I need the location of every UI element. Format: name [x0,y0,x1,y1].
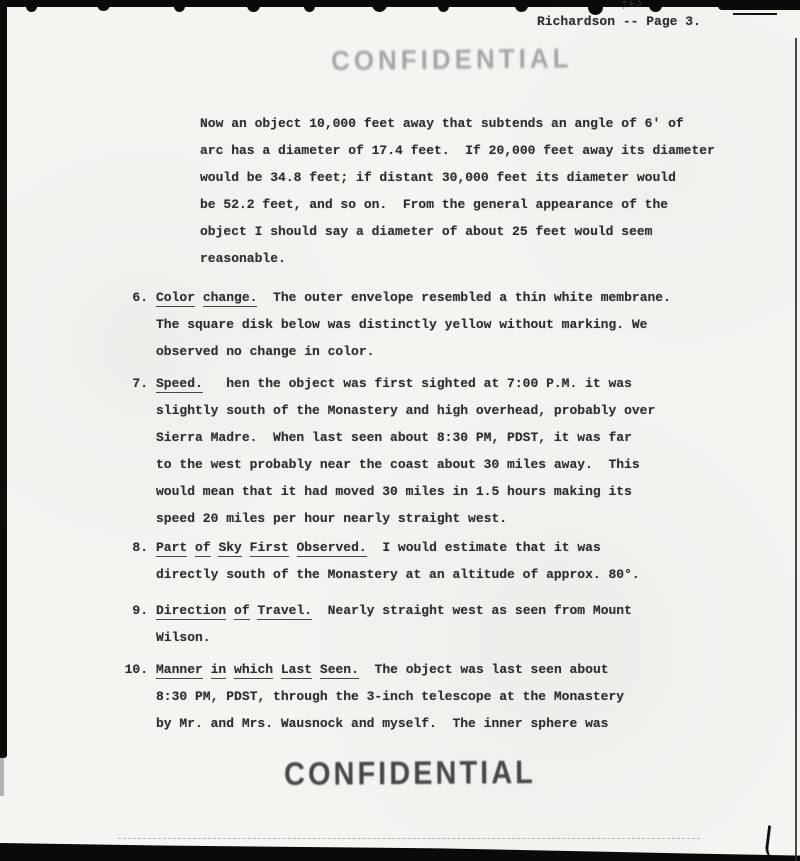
intro-paragraph: Now an object 10,000 feet away that subt… [200,110,715,272]
underlined-heading-word: Sky [218,540,241,557]
item-number: 7. [118,370,148,532]
list-item-6: 6.Color change. The outer envelope resem… [118,284,671,365]
underlined-heading-word: which [234,662,273,679]
text-line: to the west probably near the coast abou… [156,451,655,478]
text-line: Color change. The outer envelope resembl… [156,284,671,311]
scan-edge-right [795,38,797,861]
item-text: Direction of Travel. Nearly straight wes… [156,597,632,651]
item-text: Speed. hen the object was first sighted … [156,370,655,532]
text-line: directly south of the Monastery at an al… [156,561,640,588]
underlined-heading-word: change. [203,290,258,307]
list-item-10: 10.Manner in which Last Seen. The object… [118,656,624,737]
text-line: Now an object 10,000 feet away that subt… [200,110,715,137]
list-item-8: 8.Part of Sky First Observed. I would es… [118,534,640,588]
text-line: Sierra Madre. When last seen about 8:30 … [156,424,655,451]
item-number: 9. [118,597,148,651]
underlined-heading-word: of [195,540,211,557]
margin-dash-line [733,13,777,15]
item-text: Part of Sky First Observed. I would esti… [156,534,640,588]
text-line: observed no change in color. [156,338,671,365]
list-item-7: 7.Speed. hen the object was first sighte… [118,370,655,532]
item-number: 6. [118,284,148,365]
confidential-stamp-top: CONFIDENTIAL [331,41,573,77]
text-line: be 52.2 feet, and so on. From the genera… [200,191,715,218]
text-line: Manner in which Last Seen. The object wa… [156,656,624,683]
underlined-heading-word: Color [156,290,195,307]
list-item-9: 9.Direction of Travel. Nearly straight w… [118,597,632,651]
text-line: reasonable. [200,245,715,272]
text-line: object I should say a diameter of about … [200,218,715,245]
text-line: arc has a diameter of 17.4 feet. If 20,0… [200,137,715,164]
underlined-heading-word: Seen. [320,662,359,679]
text-line: The square disk below was distinctly yel… [156,311,671,338]
underlined-heading-word: Speed. [156,376,203,393]
item-text: Manner in which Last Seen. The object wa… [156,656,624,737]
underlined-heading-word: Direction [156,603,226,620]
underlined-heading-word: Manner [156,662,203,679]
text-line: Direction of Travel. Nearly straight wes… [156,597,632,624]
item-number: 10. [118,656,148,737]
text-line: slightly south of the Monastery and high… [156,397,655,424]
scan-edge-top [0,0,800,7]
underlined-heading-word: Part [156,540,187,557]
text-line: Speed. hen the object was first sighted … [156,370,655,397]
faint-dotted-line [118,838,700,839]
underlined-heading-word: Travel. [257,603,312,620]
text-line: would mean that it had moved 30 miles in… [156,478,655,505]
scan-edge-top-right [718,0,800,10]
text-line: 8:30 PM, PDST, through the 3-inch telesc… [156,683,624,710]
page-header: Richardson -- Page 3. [537,8,701,35]
underlined-heading-word: First [250,540,289,557]
text-line: Part of Sky First Observed. I would esti… [156,534,640,561]
scan-edge-bottom [0,843,800,861]
scan-edge-left [0,0,7,758]
text-line: Wilson. [156,624,632,651]
underlined-heading-word: in [211,662,227,679]
scan-edge-left-fade [0,756,4,796]
item-number: 8. [118,534,148,588]
confidential-stamp-bottom: CONFIDENTIAL [284,755,536,794]
underlined-heading-word: Observed. [297,540,367,557]
text-line: by Mr. and Mrs. Wausnock and myself. The… [156,710,624,737]
item-text: Color change. The outer envelope resembl… [156,284,671,365]
text-line: would be 34.8 feet; if distant 30,000 fe… [200,164,715,191]
text-line: speed 20 miles per hour nearly straight … [156,505,655,532]
underlined-heading-word: Last [281,662,312,679]
underlined-heading-word: of [234,603,250,620]
